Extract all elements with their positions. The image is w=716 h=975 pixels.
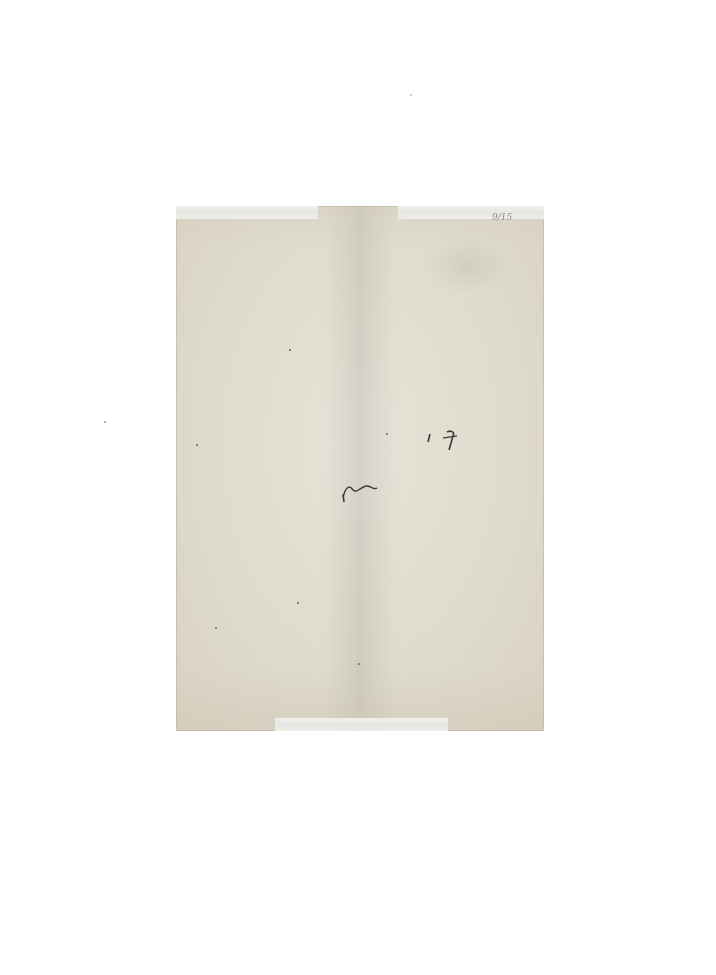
paper-fleck xyxy=(386,433,388,435)
tape-strip-top-right xyxy=(398,206,544,219)
paper-fleck xyxy=(297,602,299,604)
paper-fleck xyxy=(196,444,198,446)
handwriting-scribble xyxy=(335,420,485,510)
tape-strip-top-left xyxy=(176,206,318,219)
backing-fleck xyxy=(410,94,412,96)
paper-fleck xyxy=(289,349,291,351)
paper-fleck xyxy=(215,627,217,629)
paper-fleck xyxy=(358,663,360,665)
tape-strip-bottom xyxy=(275,718,448,731)
backing-fleck xyxy=(104,421,106,423)
corner-pencil-mark: 9/15 xyxy=(492,213,512,223)
